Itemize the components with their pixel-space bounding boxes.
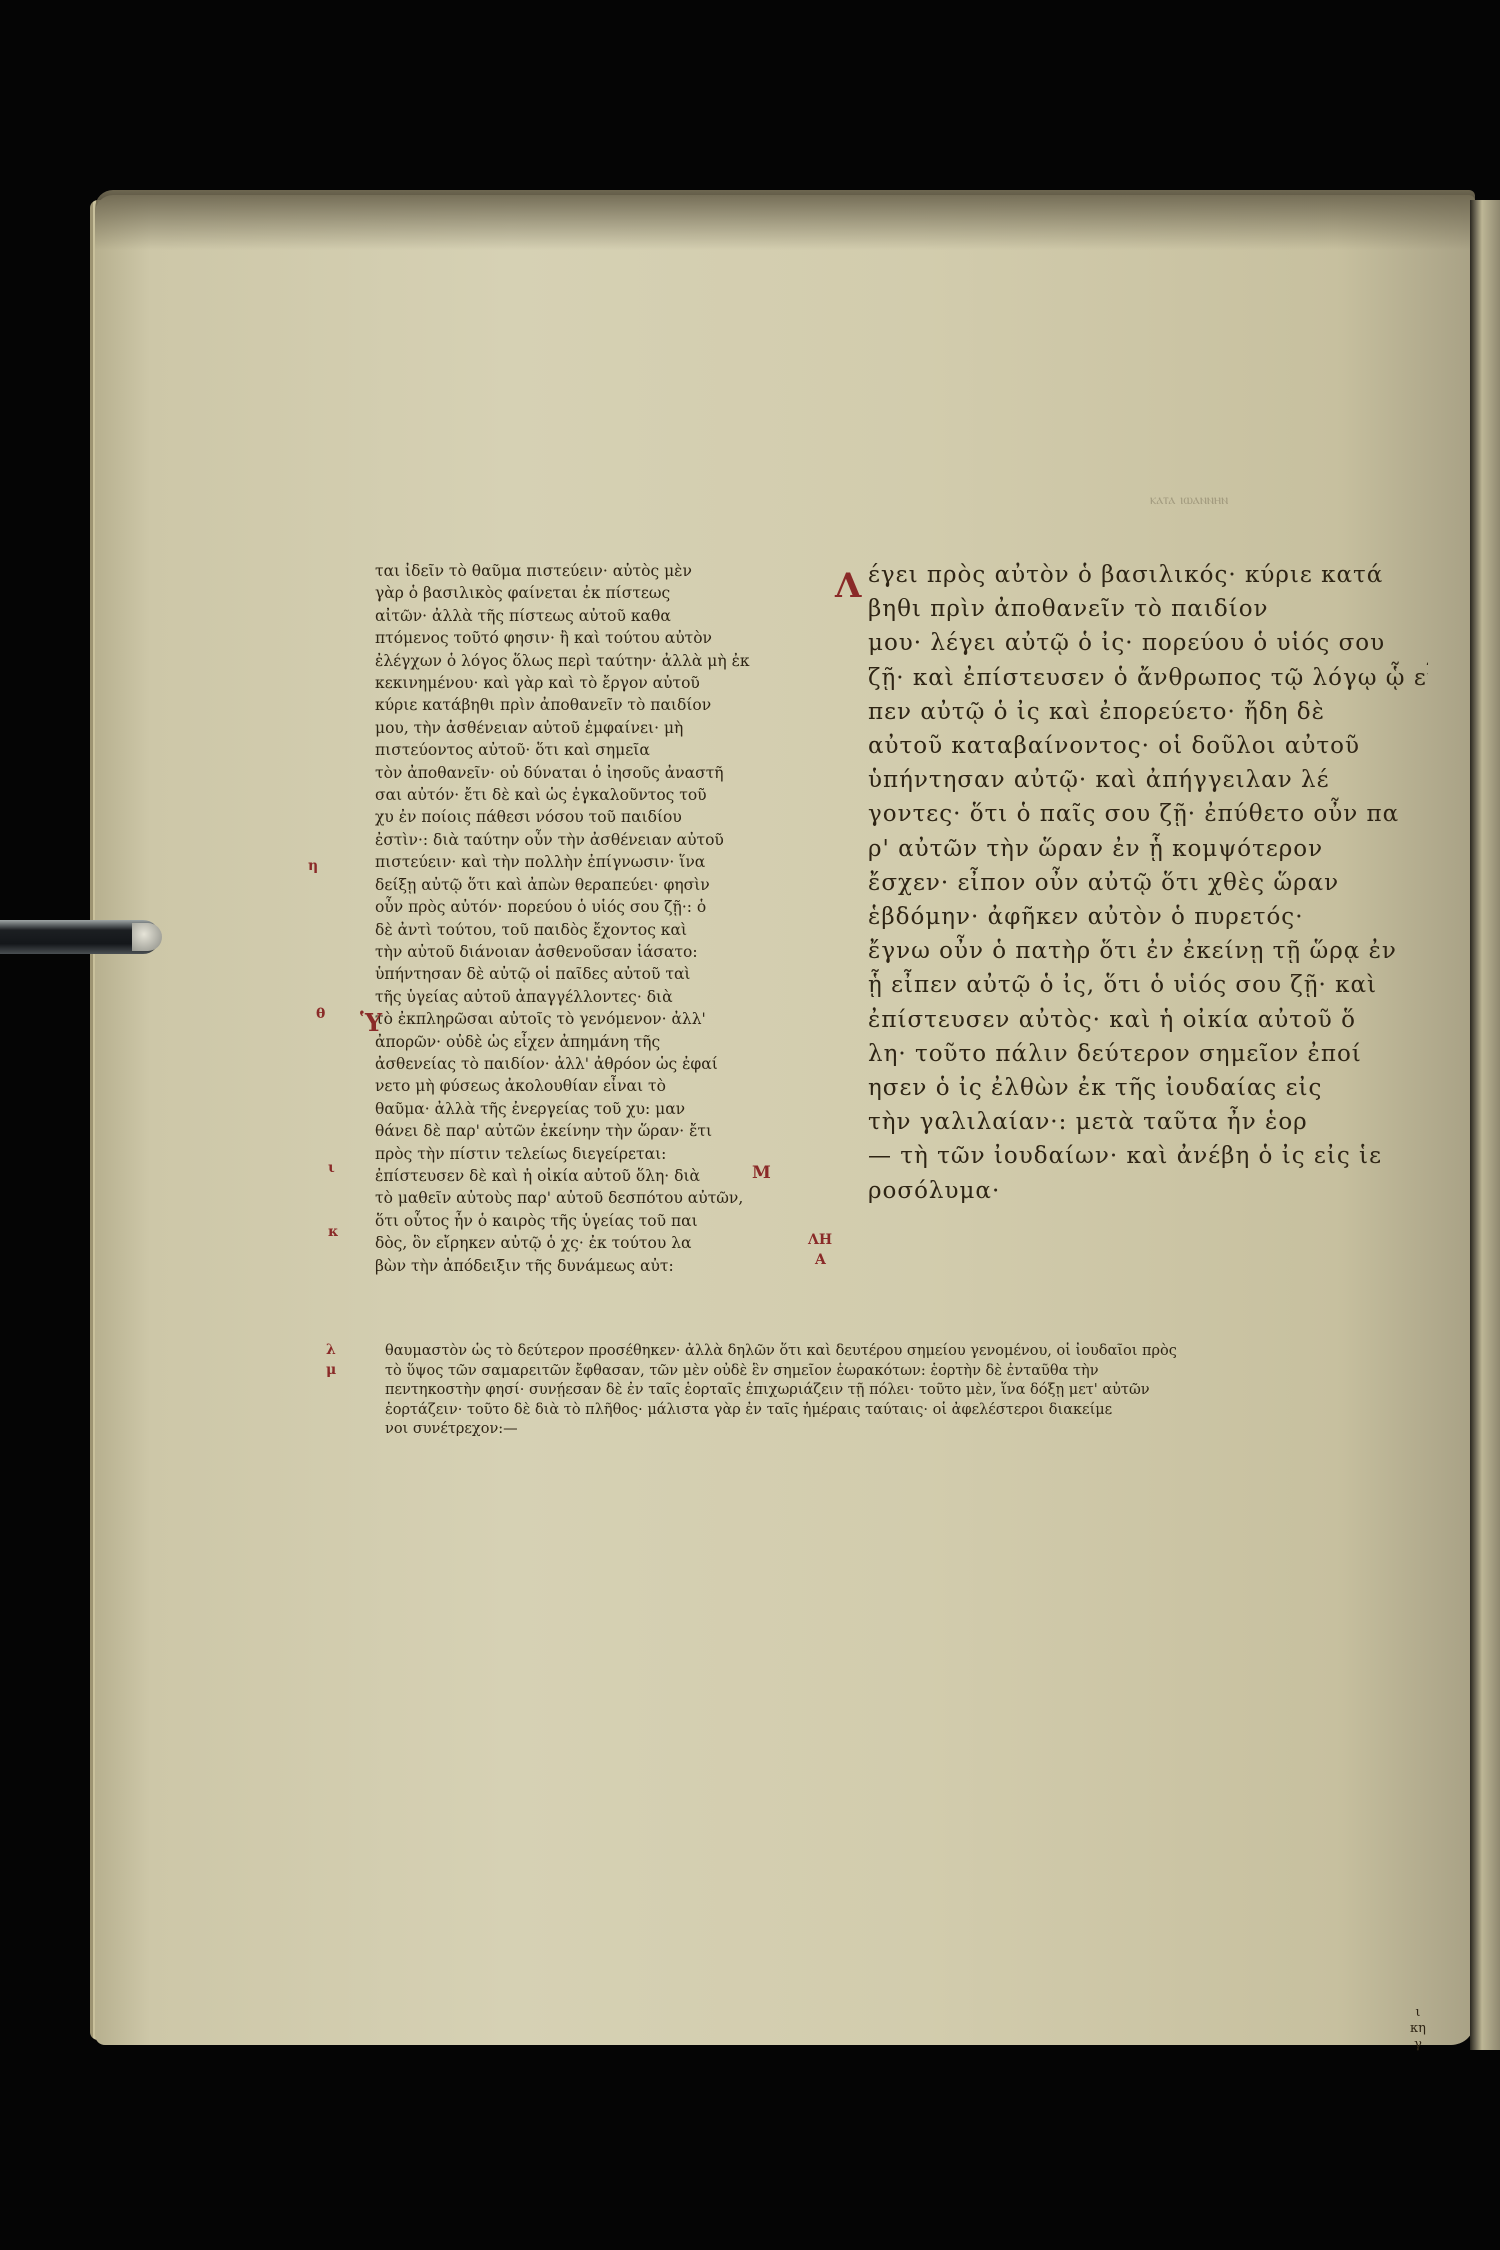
commentary-line: πρὸς τὴν πίστιν τελείως διεγείρεται: xyxy=(375,1143,830,1165)
main-text-line: ἔσχεν· εἶπον οὖν αὐτῷ ὅτι χθὲς ὥραν xyxy=(868,866,1428,900)
bottom-commentary-line: ἑορτάζειν· τοῦτο δὲ διὰ τὸ πλῆθος· μάλισ… xyxy=(385,1401,1425,1421)
commentary-line: κεκινημένου· καὶ γὰρ καὶ τὸ ἔργον αὐτοῦ xyxy=(375,672,830,694)
main-text-line: ἐπίστευσεν αὐτὸς· καὶ ἡ οἰκία αὐτοῦ ὅ xyxy=(868,1003,1428,1037)
commentary-line: θάνει δὲ παρ' αὐτῶν ἐκείνην τὴν ὥραν· ἔτ… xyxy=(375,1120,830,1142)
adjacent-leaf-edge xyxy=(1470,200,1500,2050)
margin-numeral: κ xyxy=(328,1224,339,1240)
bottom-commentary-line: πεντηκοστὴν φησί· συνῄεσαν δὲ ἐν ταῖς ἑο… xyxy=(385,1381,1425,1401)
main-text-line: λη· τοῦτο πάλιν δεύτερον σημεῖον ἐποί xyxy=(868,1037,1428,1071)
margin-numeral: Α xyxy=(815,1252,826,1268)
folio-signature-line: ι xyxy=(1410,2005,1426,2021)
main-text-line: ἑβδόμην· ἀφῆκεν αὐτὸν ὁ πυρετός· xyxy=(868,900,1428,934)
main-text-line: ὑπήντησαν αὐτῷ· καὶ ἀπήγγειλαν λέ xyxy=(868,763,1428,797)
margin-numeral: ι xyxy=(328,1160,335,1176)
bottom-commentary-block: θαυμαστὸν ὡς τὸ δεύτερον προσέθηκεν· ἀλλ… xyxy=(385,1342,1425,1440)
rubricated-initial: Λ xyxy=(835,566,861,606)
folio-signature-line: κη xyxy=(1410,2021,1426,2037)
main-text-column: έγει πρὸς αὐτὸν ὁ βασιλικός· κύριε κατά … xyxy=(868,558,1428,1208)
commentary-line: ἐστὶν·: διὰ ταύτην οὖν τὴν ἀσθένειαν αὐτ… xyxy=(375,829,830,851)
bottom-commentary-line: νοι συνέτρεχον:— xyxy=(385,1420,1425,1440)
main-text-line: γοντες· ὅτι ὁ παῖς σου ζῇ· ἐπύθετο οὖν π… xyxy=(868,797,1428,831)
bookmark-clip-tip xyxy=(132,923,162,951)
main-text-line: ᾗ εἶπεν αὐτῷ ὁ ἰς, ὅτι ὁ υἱός σου ζῇ· κα… xyxy=(868,968,1428,1002)
commentary-line: τὸ ἐκπληρῶσαι αὐτοῖς τὸ γενόμενον· ἀλλ' xyxy=(375,1008,830,1030)
page-top-shadow xyxy=(95,190,1475,250)
main-text-line: ζῇ· καὶ ἐπίστευσεν ὁ ἄνθρωπος τῷ λόγῳ ᾧ … xyxy=(868,661,1428,695)
commentary-line: δείξῃ αὐτῷ ὅτι καὶ ἀπὼν θεραπεύει· φησὶν xyxy=(375,874,830,896)
commentary-line: τὴν αὐτοῦ διάνοιαν ἀσθενοῦσαν ἰάσατο: xyxy=(375,941,830,963)
margin-numeral: η xyxy=(308,858,318,874)
commentary-line: ἀπορῶν· οὐδὲ ὡς εἶχεν ἀπημάνη τῆς xyxy=(375,1031,830,1053)
commentary-line: πιστεύειν· καὶ τὴν πολλὴν ἐπίγνωσιν· ἵνα xyxy=(375,851,830,873)
commentary-line: βὼν τὴν ἀπόδειξιν τῆς δυνάμεως αὐτ: xyxy=(375,1255,830,1277)
bottom-commentary-line: θαυμαστὸν ὡς τὸ δεύτερον προσέθηκεν· ἀλλ… xyxy=(385,1342,1425,1362)
commentary-line: νετο μὴ φύσεως ἀκολουθίαν εἶναι τὸ xyxy=(375,1075,830,1097)
main-text-line: μου· λέγει αὐτῷ ὁ ἰς· πορεύου ὁ υἱός σου xyxy=(868,626,1428,660)
commentary-line: σαι αὐτόν· ἔτι δὲ καὶ ὡς ἐγκαλοῦντος τοῦ xyxy=(375,784,830,806)
faint-show-through-header: ⲕⲁⲧⲁ ⲓⲱⲁⲛⲛⲏⲛ xyxy=(1150,492,1228,508)
commentary-line: χυ ἐν ποίοις πάθεσι νόσου τοῦ παιδίου xyxy=(375,806,830,828)
commentary-line: δὸς, ὃν εἴρηκεν αὐτῷ ὁ χς· ἐκ τούτου λα xyxy=(375,1232,830,1254)
margin-numeral: ΛΗ xyxy=(808,1232,832,1248)
commentary-line: δὲ ἀντὶ τούτου, τοῦ παιδὸς ἔχοντος καὶ xyxy=(375,919,830,941)
main-text-line: ροσόλυμα· xyxy=(868,1174,1428,1208)
folio-signature-line: γ xyxy=(1410,2037,1426,2053)
main-text-line: — τὴ τῶν ἰουδαίων· καὶ ἀνέβη ὁ ἰς εἰς ἱε xyxy=(868,1139,1428,1173)
commentary-line: ἐλέγχων ὁ λόγος ὅλως περὶ ταύτην· ἀλλὰ μ… xyxy=(375,650,830,672)
bottom-commentary-line: τὸ ὕψος τῶν σαμαρειτῶν ἔφθασαν, τῶν μὲν … xyxy=(385,1362,1425,1382)
commentary-line: κύριε κατάβηθι πρὶν ἀποθανεῖν τὸ παιδίον xyxy=(375,694,830,716)
main-text-line: αὐτοῦ καταβαίνοντος· οἱ δοῦλοι αὐτοῦ xyxy=(868,729,1428,763)
commentary-line: μου, τὴν ἀσθένειαν αὐτοῦ ἐμφαίνει· μὴ xyxy=(375,717,830,739)
commentary-line: πτόμενος τοῦτό φησιν· ἢ καὶ τούτου αὐτὸν xyxy=(375,627,830,649)
commentary-line: πιστεύοντος αὐτοῦ· ὅτι καὶ σημεῖα xyxy=(375,739,830,761)
commentary-line: οὖν πρὸς αὐτόν· πορεύου ὁ υἱός σου ζῇ·: … xyxy=(375,896,830,918)
main-text-line: ησεν ὁ ἰς ἐλθὼν ἐκ τῆς ἰουδαίας εἰς xyxy=(868,1071,1428,1105)
margin-numeral: λ xyxy=(326,1342,336,1358)
commentary-line: ὅτι οὗτος ἦν ὁ καιρὸς τῆς ὑγείας τοῦ παι xyxy=(375,1210,830,1232)
main-text-line: τὴν γαλιλαίαν·: μετὰ ταῦτα ἦν ἑορ xyxy=(868,1105,1428,1139)
commentary-line: τῆς ὑγείας αὐτοῦ ἀπαγγέλλοντες· διὰ xyxy=(375,986,830,1008)
main-text-line: ἔγνω οὖν ὁ πατὴρ ὅτι ἐν ἐκείνῃ τῇ ὥρᾳ ἐν xyxy=(868,934,1428,968)
commentary-line: ὑπήντησαν δὲ αὐτῷ οἱ παῖδες αὐτοῦ ταὶ xyxy=(375,963,830,985)
commentary-line: γὰρ ὁ βασιλικὸς φαίνεται ἐκ πίστεως xyxy=(375,582,830,604)
commentary-line: αἰτῶν· ἀλλὰ τῆς πίστεως αὐτοῦ καθα xyxy=(375,605,830,627)
rubricated-initial-small: Ὑ xyxy=(360,1008,382,1037)
commentary-line: ται ἰδεῖν τὸ θαῦμα πιστεύειν· αὐτὸς μὲν xyxy=(375,560,830,582)
main-text-line: ρ' αὐτῶν τὴν ὥραν ἐν ᾗ κομψότερον xyxy=(868,832,1428,866)
main-text-line: πεν αὐτῷ ὁ ἰς καὶ ἐπορεύετο· ἤδη δὲ xyxy=(868,695,1428,729)
main-text-line: βηθι πρὶν ἀποθανεῖν τὸ παιδίον xyxy=(868,592,1428,626)
folio-signature: ι κη γ xyxy=(1410,2005,1426,2053)
commentary-line: τὸ μαθεῖν αὐτοὺς παρ' αὐτοῦ δεσπότου αὐτ… xyxy=(375,1187,830,1209)
margin-numeral: μ xyxy=(326,1362,336,1378)
margin-numeral: θ xyxy=(316,1006,325,1022)
commentary-line: τὸν ἀποθανεῖν· οὐ δύναται ὁ ἰησοῦς ἀναστ… xyxy=(375,762,830,784)
commentary-line: ἀσθενείας τὸ παιδίον· ἀλλ' ἀθρόον ὡς ἐφα… xyxy=(375,1053,830,1075)
commentary-line: θαῦμα· ἀλλὰ τῆς ἐνεργείας τοῦ χυ: μαν xyxy=(375,1098,830,1120)
inline-red-mark: Μ xyxy=(752,1163,771,1183)
main-text-line: έγει πρὸς αὐτὸν ὁ βασιλικός· κύριε κατά xyxy=(868,558,1428,592)
